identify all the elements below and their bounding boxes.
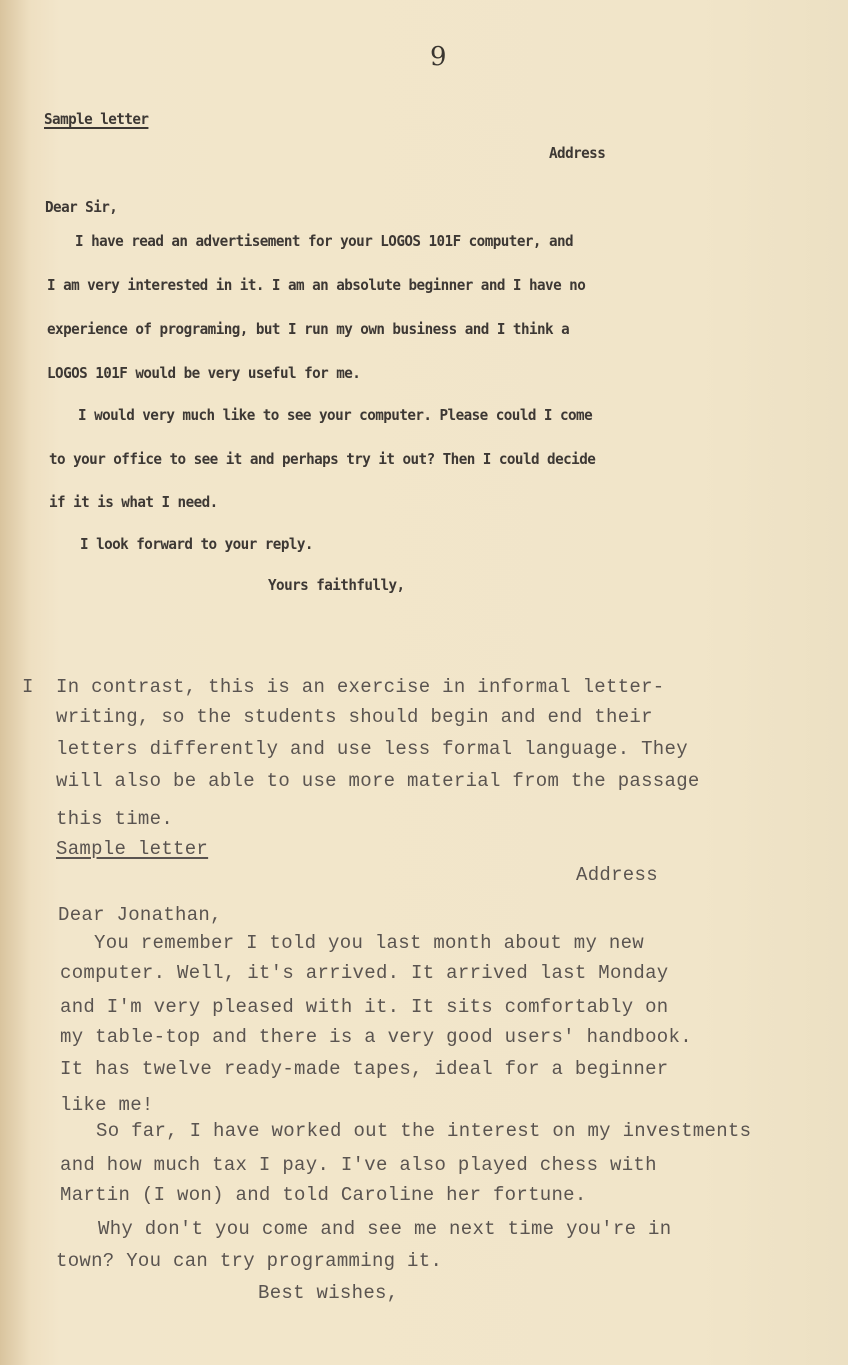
informal-letter-line: You remember I told you last month about…	[94, 932, 644, 954]
formal-letter-line: I look forward to your reply.	[80, 535, 313, 553]
informal-letter-line: Martin (I won) and told Caroline her for…	[60, 1184, 587, 1206]
informal-letter-line: computer. Well, it's arrived. It arrived…	[60, 962, 669, 984]
informal-letter-line: town? You can try programming it.	[56, 1250, 442, 1272]
informal-letter-line: like me!	[60, 1094, 154, 1116]
informal-letter-line: my table-top and there is a very good us…	[60, 1026, 692, 1048]
formal-letter-line: experience of programing, but I run my o…	[47, 320, 569, 338]
informal-letter-line: So far, I have worked out the interest o…	[96, 1120, 751, 1142]
informal-letter-line: It has twelve ready-made tapes, ideal fo…	[60, 1058, 669, 1080]
note-line: In contrast, this is an exercise in info…	[56, 676, 665, 698]
informal-letter-salutation: Dear Jonathan,	[58, 904, 222, 926]
formal-letter-salutation: Dear Sir,	[45, 198, 117, 216]
note-line: writing, so the students should begin an…	[56, 706, 653, 728]
formal-letter-address: Address	[549, 144, 605, 162]
informal-letter-closing: Best wishes,	[258, 1282, 398, 1304]
formal-letter-line: I am very interested in it. I am an abso…	[47, 276, 585, 294]
page-number: 9	[430, 42, 447, 72]
formal-letter-line: I have read an advertisement for your LO…	[75, 232, 573, 250]
formal-letter-closing: Yours faithfully,	[268, 576, 405, 594]
informal-letter-address: Address	[576, 864, 658, 886]
informal-letter-line: and I'm very pleased with it. It sits co…	[60, 996, 669, 1018]
note-line: this time.	[56, 808, 173, 830]
note-line: letters differently and use less formal …	[56, 738, 688, 760]
formal-letter-line: I would very much like to see your compu…	[78, 406, 592, 424]
note-line: will also be able to use more material f…	[56, 770, 700, 792]
formal-letter-heading: Sample letter	[44, 110, 148, 128]
formal-letter-line: if it is what I need.	[49, 493, 218, 511]
informal-letter-line: and how much tax I pay. I've also played…	[60, 1154, 657, 1176]
note-marker: I	[22, 676, 34, 698]
formal-letter-line: LOGOS 101F would be very useful for me.	[47, 364, 360, 382]
formal-letter-line: to your office to see it and perhaps try…	[49, 450, 595, 468]
informal-letter-line: Why don't you come and see me next time …	[98, 1218, 671, 1240]
informal-letter-heading: Sample letter	[56, 838, 208, 860]
